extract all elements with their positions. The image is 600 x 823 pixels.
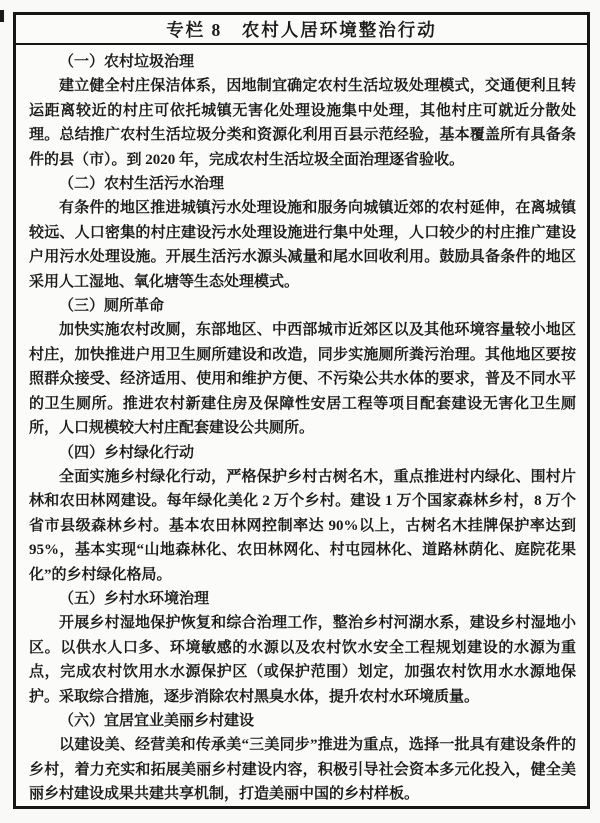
section-paragraph: 有条件的地区推进城镇污水处理设施和服务向城镇近郊的农村延伸，在离城镇较远、人口密…: [29, 196, 576, 294]
section: （一）农村垃圾治理 建立健全村庄保洁体系，因地制宜确定农村生活垃圾处理模式，交通…: [29, 50, 576, 172]
section: （三）厕所革命 加快实施农村改厕，东部地区、中西部城市近郊区以及其他环境容量较小…: [29, 294, 576, 440]
scan-artifact-mark: [0, 10, 4, 22]
section: （四）乡村绿化行动 全面实施乡村绿化行动，严格保护乡村古树名木，重点推进村内绿化…: [29, 441, 576, 587]
section-paragraph: 建立健全村庄保洁体系，因地制宜确定农村生活垃圾处理模式，交通便利且转运距离较近的…: [29, 74, 576, 172]
column-box: 专栏 8 农村人居环境整治行动 （一）农村垃圾治理 建立健全村庄保洁体系，因地制…: [13, 12, 590, 809]
column-body: （一）农村垃圾治理 建立健全村庄保洁体系，因地制宜确定农村生活垃圾处理模式，交通…: [16, 45, 587, 807]
section-heading: （五）乡村水环境治理: [29, 587, 576, 611]
section: （五）乡村水环境治理 开展乡村湿地保护恢复和综合治理工作，整治乡村河湖水系，建设…: [29, 587, 576, 709]
section: （二）农村生活污水治理 有条件的地区推进城镇污水处理设施和服务向城镇近郊的农村延…: [29, 172, 576, 294]
section-heading: （三）厕所革命: [29, 294, 576, 318]
section-paragraph: 以建设美、经营美和传承美“三美同步”推进为重点，选择一批具有建设条件的乡村，着力…: [29, 733, 576, 806]
section-heading: （一）农村垃圾治理: [29, 50, 576, 74]
document-page: 专栏 8 农村人居环境整治行动 （一）农村垃圾治理 建立健全村庄保洁体系，因地制…: [0, 0, 600, 823]
section-heading: （六）宜居宜业美丽乡村建设: [29, 709, 576, 733]
section-heading: （四）乡村绿化行动: [29, 441, 576, 465]
column-title: 专栏 8 农村人居环境整治行动: [16, 15, 587, 45]
section-paragraph: 全面实施乡村绿化行动，严格保护乡村古树名木，重点推进村内绿化、围村片林和农田林网…: [29, 465, 576, 587]
section-paragraph: 加快实施农村改厕，东部地区、中西部城市近郊区以及其他环境容量较小地区村庄，加快推…: [29, 318, 576, 440]
section-heading: （二）农村生活污水治理: [29, 172, 576, 196]
section-paragraph: 开展乡村湿地保护恢复和综合治理工作，整治乡村河湖水系，建设乡村湿地小区。以供水人…: [29, 611, 576, 709]
section: （六）宜居宜业美丽乡村建设 以建设美、经营美和传承美“三美同步”推进为重点，选择…: [29, 709, 576, 807]
